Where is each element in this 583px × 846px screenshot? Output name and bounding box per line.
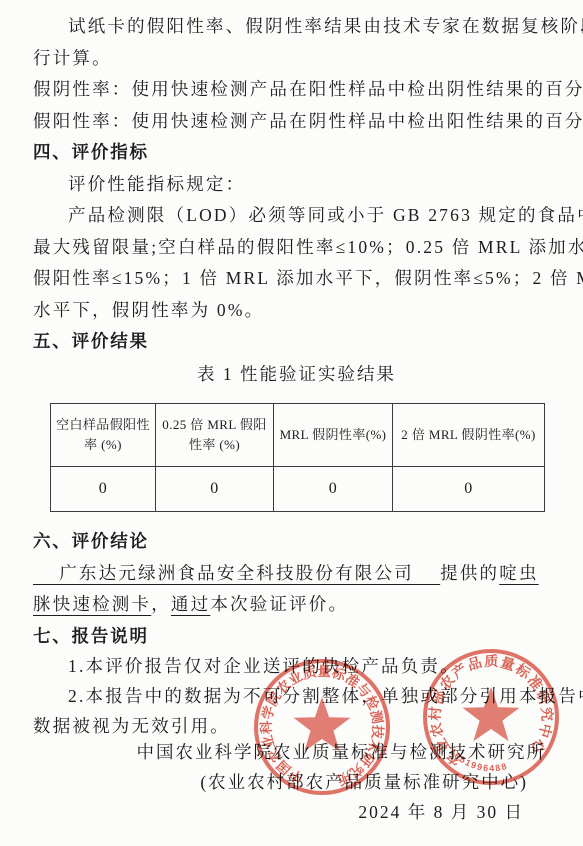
table-title: 表 1 性能验证实验结果 bbox=[33, 362, 560, 386]
conclusion-comma: ， bbox=[151, 594, 171, 614]
section4-line-5: 水平下，假阴性率为 0%。 bbox=[33, 295, 560, 327]
seal-right-code-text: 1051996488 bbox=[448, 746, 509, 773]
section6-conclusion: 六、评价结论 广东达元绿洲食品安全科技股份有限公司 提供的啶虫 脒快速检测卡，通… bbox=[33, 526, 560, 621]
header-mrl-fnr: MRL 假阴性率(%) bbox=[274, 404, 393, 467]
header-blank-sample-fpr: 空白样品假阳性率 (%) bbox=[51, 404, 156, 467]
section4-line-2: 产品检测限（LOD）必须等同或小于 GB 2763 规定的食品中农药 bbox=[33, 200, 560, 232]
section4-line-1: 评价性能指标规定： bbox=[33, 169, 560, 201]
seal-right-star-icon bbox=[463, 687, 520, 741]
seal-left-star-icon bbox=[294, 697, 351, 751]
section4-line-3: 最大残留限量;空白样品的假阳性率≤10%；0.25 倍 MRL 添加水平下， bbox=[33, 232, 560, 264]
intro-line-1: 试纸卡的假阳性率、假阴性率结果由技术专家在数据复核阶段进 bbox=[33, 11, 560, 43]
header-double-mrl-fnr: 2 倍 MRL 假阴性率(%) bbox=[393, 404, 545, 467]
results-table: 空白样品假阳性率 (%) 0.25 倍 MRL 假阳性率 (%) MRL 假阴性… bbox=[50, 403, 545, 512]
section5-heading: 五、评价结果 bbox=[33, 326, 560, 358]
intro-line-2: 行计算。 bbox=[33, 43, 560, 75]
false-negative-definition: 假阴性率：使用快速检测产品在阳性样品中检出阴性结果的百分比。 bbox=[33, 74, 560, 106]
product-name-part1: 啶虫 bbox=[499, 563, 538, 583]
conclusion-plain-1: 提供的 bbox=[440, 563, 499, 583]
official-seal-left: 中国农业科学院农业质量标准与检测技术研究所 bbox=[247, 652, 397, 802]
company-name-underlined: 广东达元绿洲食品安全科技股份有限公司 bbox=[33, 563, 440, 583]
value-quarter-mrl-fpr: 0 bbox=[156, 467, 274, 512]
false-positive-definition: 假阳性率：使用快速检测产品在阴性样品中检出阳性结果的百分比。 bbox=[33, 106, 560, 138]
value-mrl-fnr: 0 bbox=[274, 467, 393, 512]
conclusion-line-1: 广东达元绿洲食品安全科技股份有限公司 提供的啶虫 bbox=[33, 558, 560, 590]
section4-line-4: 假阳性率≤15%；1 倍 MRL 添加水平下，假阴性率≤5%；2 倍 MRL 添… bbox=[33, 263, 560, 295]
product-name-part2: 脒快速检测卡 bbox=[33, 594, 151, 614]
results-table-value-row: 0 0 0 0 bbox=[51, 467, 545, 512]
official-seal-right: 农业农村部农产品质量标准研究中心 1051996488 bbox=[416, 642, 566, 792]
results-table-header-row: 空白样品假阳性率 (%) 0.25 倍 MRL 假阳性率 (%) MRL 假阴性… bbox=[51, 404, 545, 467]
header-quarter-mrl-fpr: 0.25 倍 MRL 假阳性率 (%) bbox=[156, 404, 274, 467]
scanned-report-page: 试纸卡的假阳性率、假阴性率结果由技术专家在数据复核阶段进 行计算。 假阴性率：使… bbox=[0, 0, 583, 846]
section6-heading: 六、评价结论 bbox=[33, 526, 560, 558]
conclusion-line-2: 脒快速检测卡，通过本次验证评价。 bbox=[33, 589, 560, 621]
section4-heading: 四、评价指标 bbox=[33, 137, 560, 169]
conclusion-plain-2: 本次验证评价。 bbox=[210, 594, 348, 614]
value-double-mrl-fnr: 0 bbox=[393, 467, 545, 512]
value-blank-sample-fpr: 0 bbox=[51, 467, 156, 512]
pass-word-underlined: 通过 bbox=[171, 594, 210, 614]
